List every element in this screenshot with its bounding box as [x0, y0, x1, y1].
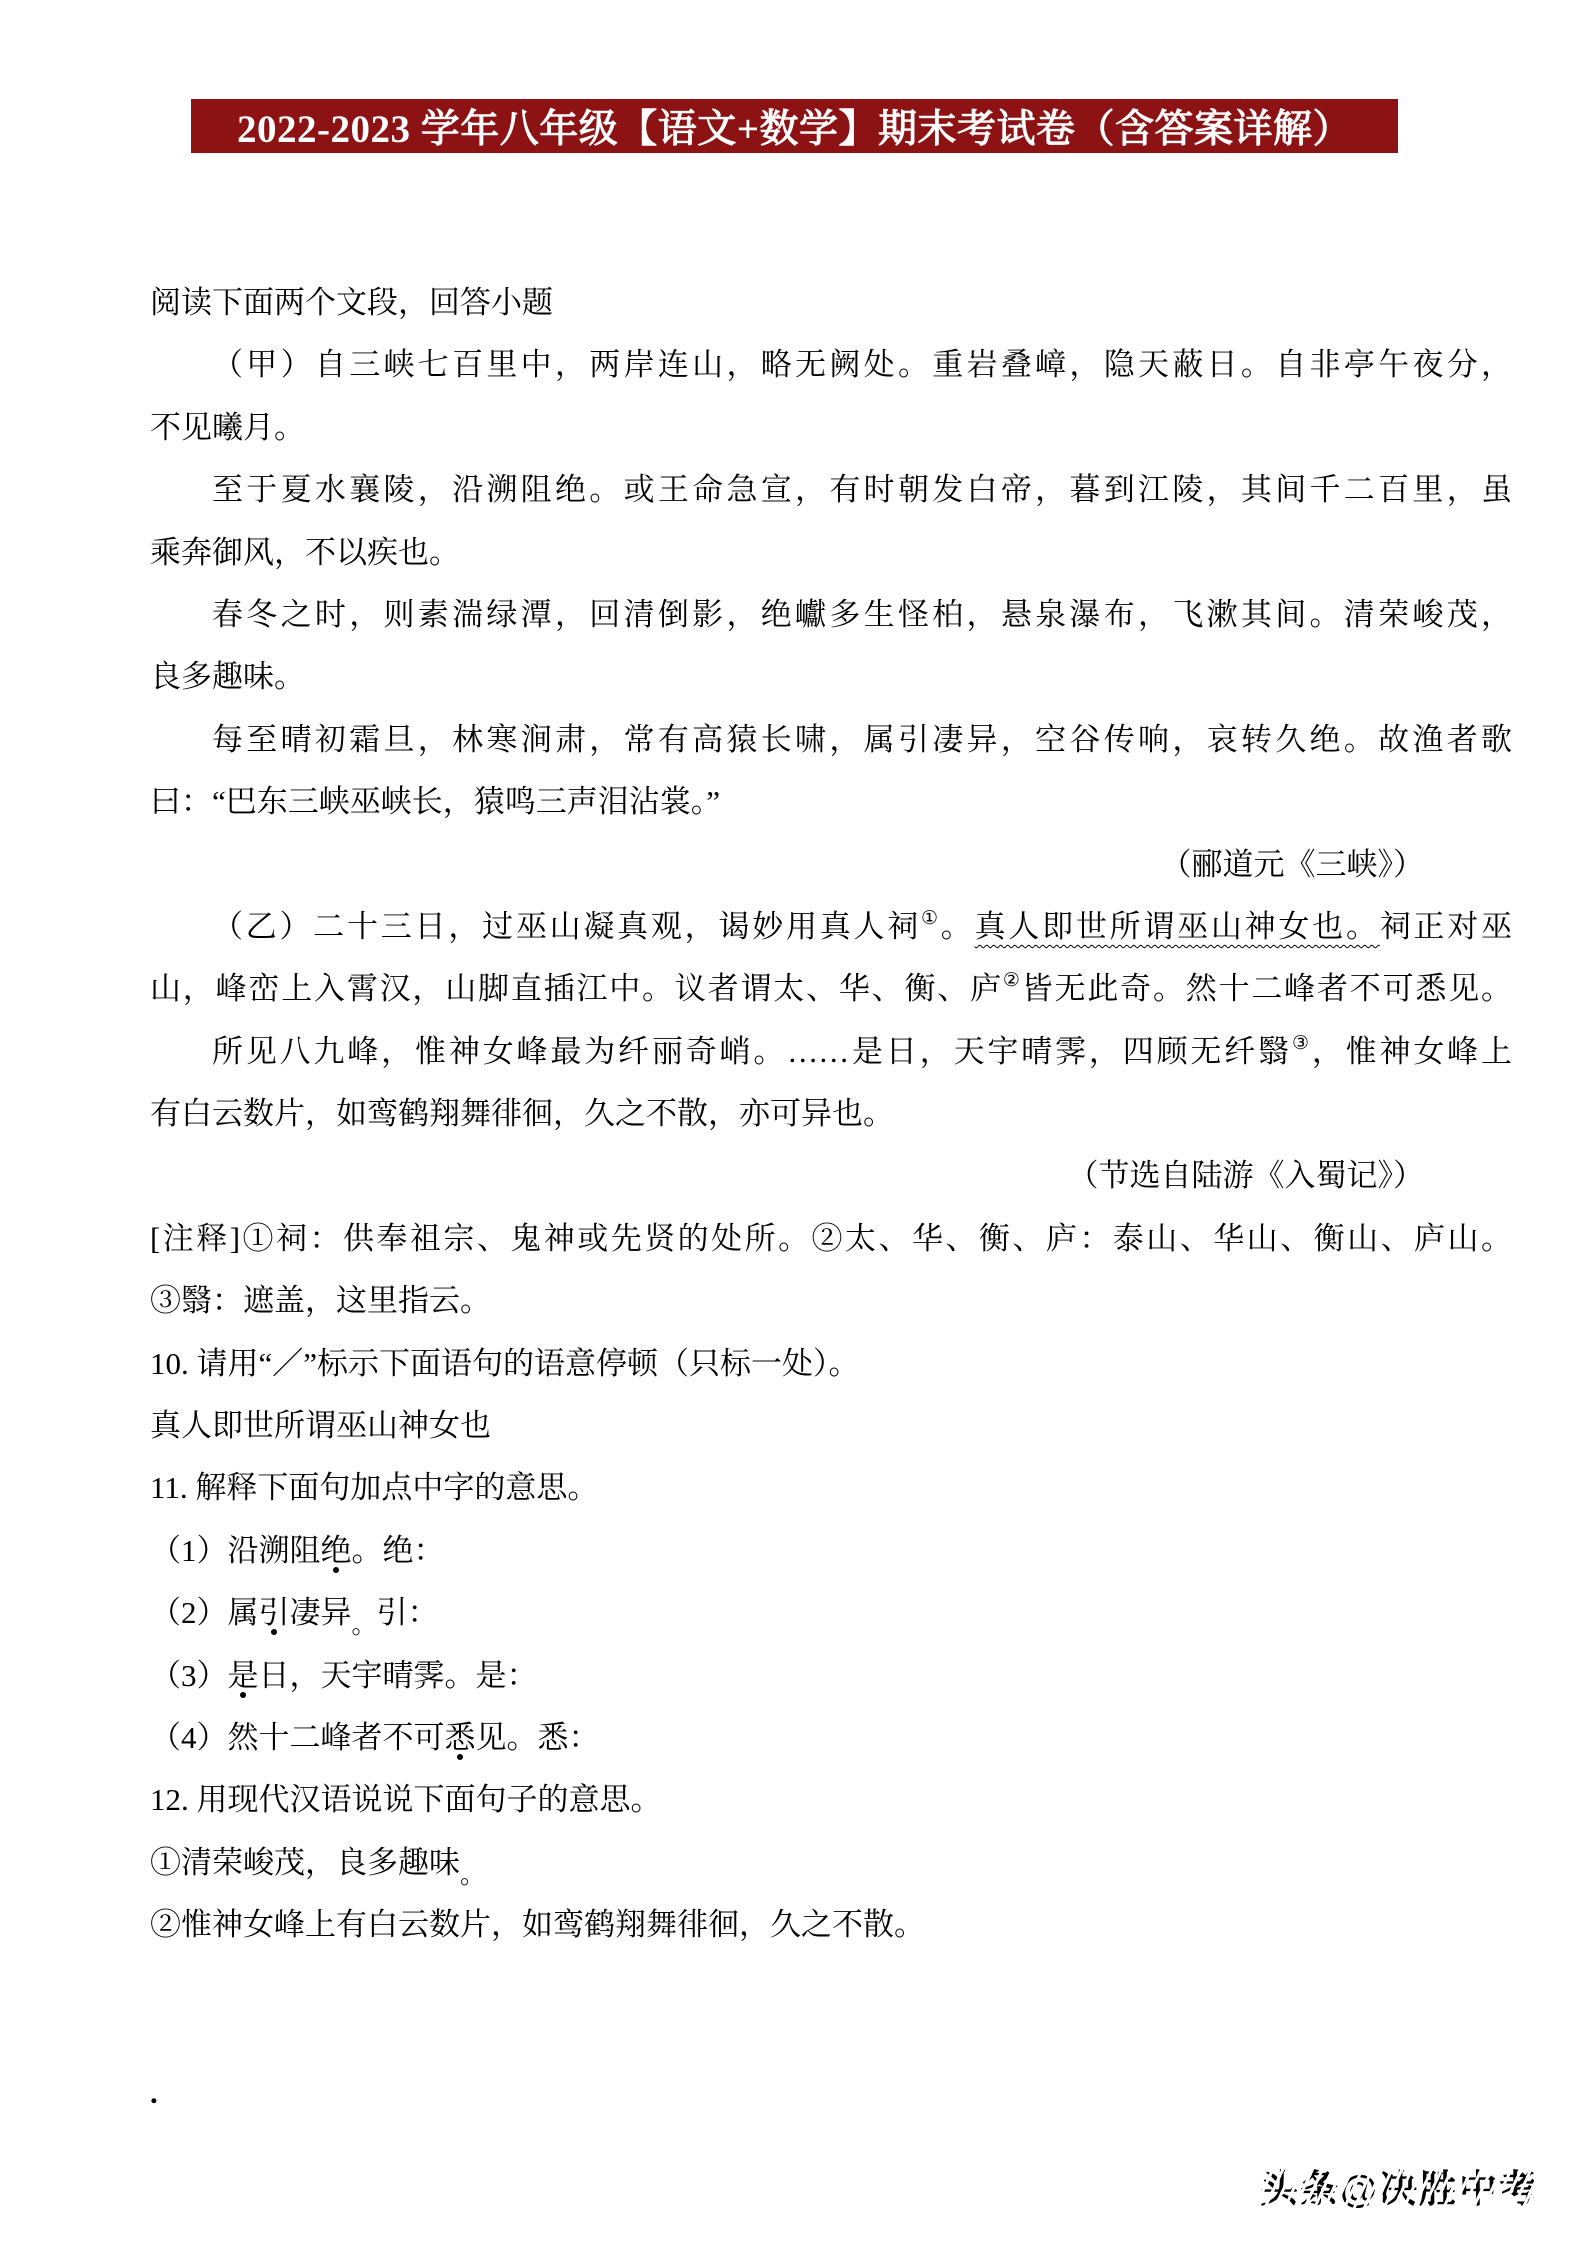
text-segment: 凄异: [290, 1595, 352, 1630]
text-line: ①清荣峻茂，良多趣味。: [150, 1832, 1512, 1894]
text-line: （郦道元《三峡》）: [150, 834, 1512, 896]
text-segment: 曰：“巴东三峡巫峡长，猿鸣三声泪沾裳。”: [150, 784, 720, 819]
note-reference-superscript: ②: [1003, 970, 1022, 991]
text-segment: 12. 用现代汉语说说下面句子的意思。: [150, 1782, 662, 1817]
text-segment: ①清荣峻茂，良多趣味: [150, 1845, 460, 1880]
text-segment: （1）沿溯阻: [150, 1533, 321, 1568]
text-segment: ③翳：遮盖，这里指云。: [150, 1283, 491, 1318]
text-line: （3）是日，天宇晴霁。是：: [150, 1645, 1512, 1707]
exam-title: 2022-2023 学年八年级【语文+数学】期末考试卷（含答案详解）: [237, 98, 1352, 154]
emphasis-dotted-char: 引: [259, 1595, 290, 1630]
text-line: （节选自陆游《入蜀记》）: [150, 1145, 1512, 1207]
text-segment: 阅读下面两个文段，回答小题: [150, 285, 553, 320]
text-segment: ②惟神女峰上有白云数片，如鸾鹤翔舞徘徊，久之不散。: [150, 1907, 925, 1942]
text-segment: 每至晴初霜旦，林寒涧肃，常有高猿长啸，属引凄异，空谷传响，哀转久绝。故渔者歌: [212, 722, 1512, 757]
text-segment: 见。悉：: [476, 1720, 600, 1755]
text-segment: 。绝：: [352, 1533, 445, 1568]
text-line: 10. 请用“／”标示下面语句的语意停顿（只标一处）。: [150, 1333, 1512, 1395]
text-line: （乙）二十三日，过巫山凝真观，谒妙用真人祠①。真人即世所谓巫山神女也。祠正对巫: [150, 896, 1512, 958]
emphasis-dotted-char: 绝: [321, 1533, 352, 1568]
text-segment: 良多趣味。: [150, 659, 305, 694]
note-reference-superscript: ①: [921, 908, 941, 929]
text-segment: 至于夏水襄陵，沿溯阻绝。或王命急宣，有时朝发白帝，暮到江陵，其间千二百里，虽: [212, 472, 1512, 507]
stray-period-mark: .: [150, 2062, 158, 2124]
text-line: 11. 解释下面句加点中字的意思。: [150, 1457, 1512, 1519]
text-segment: （3）: [150, 1658, 228, 1693]
watermark-toutiao: 头条@决胜中考: [1260, 2158, 1539, 2213]
text-segment: 日，天宇晴霁。是：: [259, 1658, 538, 1693]
emphasis-dotted-char: 悉: [445, 1720, 476, 1755]
text-segment: 祠正对巫: [1380, 909, 1512, 944]
text-line: 12. 用现代汉语说说下面句子的意思。: [150, 1769, 1512, 1831]
exam-page: { "header": { "title": "2022-2023 学年八年级【…: [0, 0, 1587, 2245]
text-segment: （乙）二十三日，过巫山凝真观，谒妙用真人祠: [212, 909, 921, 944]
text-segment: （郦道元《三峡》）: [1161, 847, 1425, 882]
text-segment: （甲）自三峡七百里中，两岸连山，略无阙处。重岩叠嶂，隐天蔽日。自非亭午夜分，: [212, 347, 1512, 382]
text-line: ③翳：遮盖，这里指云。: [150, 1270, 1512, 1332]
text-line: （4）然十二峰者不可悉见。悉：: [150, 1707, 1512, 1769]
text-segment: [注释]①祠：供奉祖宗、鬼神或先贤的处所。②太、华、衡、庐：泰山、华山、衡山、庐…: [150, 1221, 1512, 1256]
wavy-underlined-text: 真人即世所谓巫山神女也。: [975, 909, 1380, 944]
lowered-period: 。: [352, 1612, 377, 1639]
text-line: （甲）自三峡七百里中，两岸连山，略无阙处。重岩叠嶂，隐天蔽日。自非亭午夜分，: [150, 334, 1512, 396]
text-line: 所见八九峰，惟神女峰最为纤丽奇峭。……是日，天宇晴霁，四顾无纤翳③，惟神女峰上: [150, 1021, 1512, 1083]
text-line: ②惟神女峰上有白云数片，如鸾鹤翔舞徘徊，久之不散。: [150, 1894, 1512, 1956]
text-line: 每至晴初霜旦，林寒涧肃，常有高猿长啸，属引凄异，空谷传响，哀转久绝。故渔者歌: [150, 709, 1512, 771]
text-line: 曰：“巴东三峡巫峡长，猿鸣三声泪沾裳。”: [150, 771, 1512, 833]
text-segment: 有白云数片，如鸾鹤翔舞徘徊，久之不散，亦可异也。: [150, 1096, 894, 1131]
text-segment: （4）然十二峰者不可: [150, 1720, 445, 1755]
text-segment: ，惟神女峰上: [1312, 1034, 1512, 1069]
text-line: [注释]①祠：供奉祖宗、鬼神或先贤的处所。②太、华、衡、庐：泰山、华山、衡山、庐…: [150, 1208, 1512, 1270]
text-segment: 春冬之时，则素湍绿潭，回清倒影，绝巘多生怪柏，悬泉瀑布，飞漱其间。清荣峻茂，: [212, 597, 1512, 632]
text-line: 阅读下面两个文段，回答小题: [150, 272, 1512, 334]
document-body: 阅读下面两个文段，回答小题（甲）自三峡七百里中，两岸连山，略无阙处。重岩叠嶂，隐…: [150, 272, 1512, 1957]
text-line: 不见曦月。: [150, 397, 1512, 459]
text-segment: 山，峰峦上入霄汉，山脚直插江中。议者谓太、华、衡、庐: [150, 971, 1003, 1006]
text-line: （2）属引凄异。引：: [150, 1582, 1512, 1644]
emphasis-dotted-char: 是: [228, 1658, 259, 1693]
text-line: （1）沿溯阻绝。绝：: [150, 1520, 1512, 1582]
header-banner: 2022-2023 学年八年级【语文+数学】期末考试卷（含答案详解）: [191, 99, 1398, 153]
lowered-period: 。: [460, 1862, 485, 1889]
text-segment: 乘奔御风，不以疾也。: [150, 535, 460, 570]
text-segment: （节选自陆游《入蜀记》）: [1068, 1158, 1425, 1193]
text-line: 有白云数片，如鸾鹤翔舞徘徊，久之不散，亦可异也。: [150, 1083, 1512, 1145]
text-line: 真人即世所谓巫山神女也: [150, 1395, 1512, 1457]
text-segment: 真人即世所谓巫山神女也: [150, 1408, 491, 1443]
text-line: 良多趣味。: [150, 646, 1512, 708]
text-segment: 。: [941, 909, 975, 944]
text-segment: 不见曦月。: [150, 410, 305, 445]
text-segment: （2）属: [150, 1595, 259, 1630]
text-line: 乘奔御风，不以疾也。: [150, 522, 1512, 584]
text-segment: 引：: [377, 1595, 439, 1630]
text-line: 春冬之时，则素湍绿潭，回清倒影，绝巘多生怪柏，悬泉瀑布，飞漱其间。清荣峻茂，: [150, 584, 1512, 646]
text-segment: 10. 请用“／”标示下面语句的语意停顿（只标一处）。: [150, 1346, 860, 1381]
text-line: 至于夏水襄陵，沿溯阻绝。或王命急宣，有时朝发白帝，暮到江陵，其间千二百里，虽: [150, 459, 1512, 521]
text-line: 山，峰峦上入霄汉，山脚直插江中。议者谓太、华、衡、庐②皆无此奇。然十二峰者不可悉…: [150, 958, 1512, 1020]
note-reference-superscript: ③: [1292, 1033, 1312, 1054]
text-segment: 所见八九峰，惟神女峰最为纤丽奇峭。……是日，天宇晴霁，四顾无纤翳: [212, 1034, 1292, 1069]
text-segment: 11. 解释下面句加点中字的意思。: [150, 1470, 598, 1505]
text-segment: 皆无此奇。然十二峰者不可悉见。: [1022, 971, 1512, 1006]
